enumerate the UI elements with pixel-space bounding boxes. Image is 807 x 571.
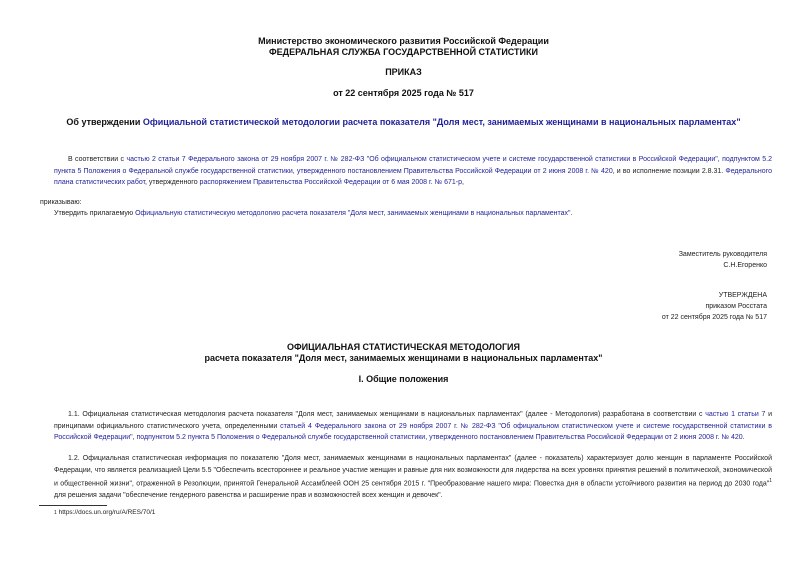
preamble-paragraph: В соответствии с частью 2 статьи 7 Федер… xyxy=(54,154,772,189)
approval-date: от 22 сентября 2025 года № 517 xyxy=(662,312,767,324)
order-word: приказываю: xyxy=(40,197,82,209)
title-prefix: Об утверждении xyxy=(66,117,142,127)
ministry-name: Министерство экономического развития Рос… xyxy=(0,36,807,47)
footnote-reference[interactable]: 1 xyxy=(769,478,772,484)
p12-text: 1.2. Официальная статистическая информац… xyxy=(54,455,772,487)
methodology-title: ОФИЦИАЛЬНАЯ СТАТИСТИЧЕСКАЯ МЕТОДОЛОГИЯ xyxy=(0,342,807,353)
government-order-link[interactable]: распоряжением Правительства Российской Ф… xyxy=(200,179,462,186)
preamble-text-4: , xyxy=(462,179,464,186)
signature-position: Заместитель руководителя xyxy=(679,249,767,261)
methodology-link[interactable]: Официальную статистическую методологию р… xyxy=(135,210,570,217)
document-type: ПРИКАЗ xyxy=(0,67,807,78)
approval-status: УТВЕРЖДЕНА xyxy=(719,290,767,302)
order-text-1: Утвердить прилагаемую xyxy=(54,210,135,217)
paragraph-1-1: 1.1. Официальная статистическая методоло… xyxy=(54,409,772,444)
paragraph-1-2: 1.2. Официальная статистическая информац… xyxy=(54,453,772,501)
title-link[interactable]: Официальной статистической методологии р… xyxy=(143,117,741,127)
order-date: от 22 сентября 2025 года № 517 xyxy=(0,88,807,99)
signature-name: С.Н.Егоренко xyxy=(723,260,767,272)
preamble-text-1: В соответствии с xyxy=(68,156,126,163)
article-7-link[interactable]: частью 1 статьи 7 xyxy=(705,411,765,418)
p11-text-3: . xyxy=(743,434,745,441)
section-heading: I. Общие положения xyxy=(0,374,807,385)
footnote-divider xyxy=(39,505,107,506)
footnote: 1 https://docs.un.org/ru/A/RES/70/1 xyxy=(54,507,155,520)
document-title: Об утверждении Официальной статистическо… xyxy=(0,117,807,128)
footnote-mark: 1 xyxy=(54,510,57,516)
preamble-text-3: , утвержденного xyxy=(145,179,200,186)
p12-text-end: для решения задачи "обеспечение гендерно… xyxy=(54,492,443,499)
approval-order: приказом Росстата xyxy=(705,301,767,313)
service-name: ФЕДЕРАЛЬНАЯ СЛУЖБА ГОСУДАРСТВЕННОЙ СТАТИ… xyxy=(0,47,807,58)
footnote-text: https://docs.un.org/ru/A/RES/70/1 xyxy=(59,509,156,516)
order-text-2: . xyxy=(571,210,573,217)
methodology-subtitle: расчета показателя "Доля мест, занимаемы… xyxy=(0,353,807,364)
p11-text-1: 1.1. Официальная статистическая методоло… xyxy=(68,411,705,418)
order-paragraph: Утвердить прилагаемую Официальную статис… xyxy=(54,208,772,220)
preamble-text-2: , и во исполнение позиции 2.8.31. xyxy=(613,168,726,175)
